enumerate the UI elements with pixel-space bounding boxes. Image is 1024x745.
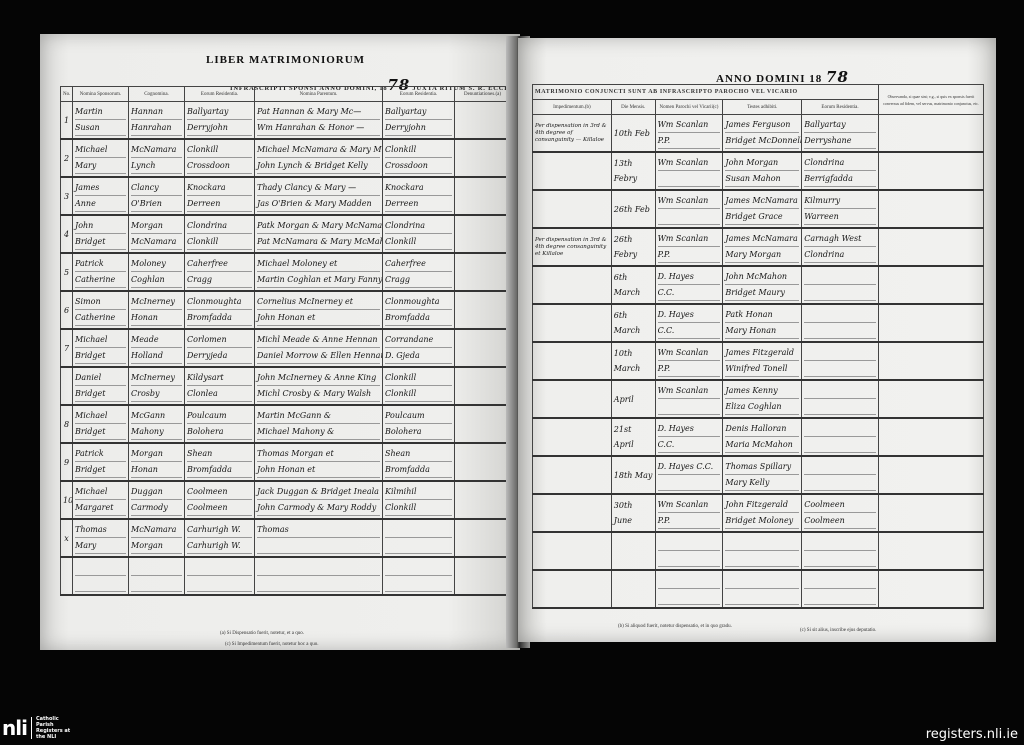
table-row: 7MichaelBridgetMeadeHollandCorlomenDerry… bbox=[61, 329, 511, 367]
cell-priest: Wm ScanlanP.P. bbox=[655, 342, 723, 380]
cell-residence bbox=[802, 304, 879, 342]
cell-surnames: DugganCarmody bbox=[129, 481, 185, 519]
cell-surnames: MorganHonan bbox=[129, 443, 185, 481]
table-row: 9PatrickBridgetMorganHonanSheanBromfadda… bbox=[61, 443, 511, 481]
cell-observanda bbox=[878, 304, 983, 342]
table-row: 1MartinSusanHannanHanrahanBallyartayDerr… bbox=[61, 102, 511, 140]
cell-residence: PoulcaumBolohera bbox=[185, 405, 255, 443]
cell-impedimentum bbox=[533, 456, 612, 494]
cell-priest: Wm ScanlanP.P. bbox=[655, 115, 723, 153]
column-header: Cognomina. bbox=[129, 87, 185, 102]
footnote-b: (b) Si aliquod fuerit, notetur dispensat… bbox=[618, 624, 732, 629]
cell-impedimentum bbox=[533, 380, 612, 418]
entry-number: 8 bbox=[61, 405, 73, 443]
cell-surnames: McInerneyCrosby bbox=[129, 367, 185, 405]
cell-residence bbox=[802, 532, 879, 570]
marriage-register-table-right: MATRIMONIO CONJUNCTI SUNT AB INFRASCRIPT… bbox=[532, 84, 984, 609]
cell-surnames: McNamaraMorgan bbox=[129, 519, 185, 557]
cell-residence: KildysartClonlea bbox=[185, 367, 255, 405]
column-header: Denuntiationes.(a) bbox=[455, 87, 511, 102]
footnote-a: (a) Si Dispensatio fuerit, notetur, et a… bbox=[220, 631, 304, 636]
cell-witnesses: James FergusonBridget McDonnell bbox=[723, 115, 802, 153]
cell-parents: Michael McNamara & Mary McGrathJohn Lync… bbox=[255, 139, 383, 177]
cell-surnames: McInerneyHonan bbox=[129, 291, 185, 329]
column-header: Die Mensis. bbox=[611, 100, 655, 115]
cell-denuntiationes bbox=[455, 177, 511, 215]
cell-denuntiationes bbox=[455, 102, 511, 140]
right-page: ANNO DOMINI 18 78 MATRIMONIO CONJUNCTI S… bbox=[518, 38, 996, 642]
register-book: LIBER MATRIMONIORUM INFRASCRIPTI SPONSI … bbox=[38, 30, 998, 655]
cell-names: ThomasMary bbox=[73, 519, 129, 557]
cell-date bbox=[611, 532, 655, 570]
table-row: 8MichaelBridgetMcGannMahonyPoulcaumBoloh… bbox=[61, 405, 511, 443]
cell-parents: Michl Meade & Anne HennanDaniel Morrow &… bbox=[255, 329, 383, 367]
cell-denuntiationes bbox=[455, 139, 511, 177]
cell-names: JamesAnne bbox=[73, 177, 129, 215]
cell-observanda bbox=[878, 456, 983, 494]
cell-impedimentum: Per dispensation in 3rd & 4th degree of … bbox=[533, 115, 612, 153]
cell-surnames: McNamaraLynch bbox=[129, 139, 185, 177]
table-row: 13th FebryWm ScanlanJohn MorganSusan Mah… bbox=[533, 152, 984, 190]
cell-priest: D. HayesC.C. bbox=[655, 304, 723, 342]
cell-parents: Thomas bbox=[255, 519, 383, 557]
entry-number: x bbox=[61, 519, 73, 557]
cell-witnesses: Denis HalloranMaria McMahon bbox=[723, 418, 802, 456]
cell-date: 6th March bbox=[611, 266, 655, 304]
entry-number bbox=[61, 557, 73, 595]
cell-priest bbox=[655, 570, 723, 608]
cell-impedimentum bbox=[533, 532, 612, 570]
cell-surnames: MorganMcNamara bbox=[129, 215, 185, 253]
cell-residence bbox=[802, 266, 879, 304]
cell-observanda bbox=[878, 380, 983, 418]
cell-date: 18th May bbox=[611, 456, 655, 494]
cell-names: PatrickBridget bbox=[73, 443, 129, 481]
cell-witnesses: James KennyEliza Coghlan bbox=[723, 380, 802, 418]
entry-number: 6 bbox=[61, 291, 73, 329]
table-row: 30th JuneWm ScanlanP.P.John FitzgeraldBr… bbox=[533, 494, 984, 532]
cell-priest: D. Hayes C.C. bbox=[655, 456, 723, 494]
table-row: DanielBridgetMcInerneyCrosbyKildysartClo… bbox=[61, 367, 511, 405]
cell-residence bbox=[802, 570, 879, 608]
cell-parents-residence: CaherfreeCragg bbox=[383, 253, 455, 291]
cell-parents: Cornelius McInerney etJohn Honan et bbox=[255, 291, 383, 329]
table-row: 2MichaelMaryMcNamaraLynchClonkillCrossdo… bbox=[61, 139, 511, 177]
table-row: Per dispensation in 3rd & 4th degree con… bbox=[533, 228, 984, 266]
cell-observanda bbox=[878, 418, 983, 456]
cell-priest: Wm Scanlan bbox=[655, 190, 723, 228]
entry-number: 5 bbox=[61, 253, 73, 291]
cell-witnesses: Thomas SpillaryMary Kelly bbox=[723, 456, 802, 494]
entry-number: 9 bbox=[61, 443, 73, 481]
cell-witnesses bbox=[723, 570, 802, 608]
cell-date: 6th March bbox=[611, 304, 655, 342]
cell-parents-residence: SheanBromfadda bbox=[383, 443, 455, 481]
cell-parents-residence: KilmihilClonkill bbox=[383, 481, 455, 519]
column-header: Nomina Parentum. bbox=[255, 87, 383, 102]
table-row bbox=[533, 532, 984, 570]
table-row: 6th MarchD. HayesC.C.John McMahonBridget… bbox=[533, 266, 984, 304]
cell-parents: Thady Clancy & Mary —Jas O'Brien & Mary … bbox=[255, 177, 383, 215]
cell-denuntiationes bbox=[455, 519, 511, 557]
cell-residence: CaherfreeCragg bbox=[185, 253, 255, 291]
cell-denuntiationes bbox=[455, 253, 511, 291]
right-subhead: MATRIMONIO CONJUNCTI SUNT AB INFRASCRIPT… bbox=[533, 85, 879, 100]
cell-parents-residence: ClonmoughtaBromfadda bbox=[383, 291, 455, 329]
cell-observanda bbox=[878, 115, 983, 153]
cell-parents-residence: CorrandaneD. Gjeda bbox=[383, 329, 455, 367]
cell-names: MichaelMary bbox=[73, 139, 129, 177]
cell-parents: Jack Duggan & Bridget InealaJohn Carmody… bbox=[255, 481, 383, 519]
entry-number: 1 bbox=[61, 102, 73, 140]
cell-denuntiationes bbox=[455, 329, 511, 367]
cell-observanda bbox=[878, 266, 983, 304]
cell-parents: Michael Moloney etMartin Coghlan et Mary… bbox=[255, 253, 383, 291]
column-header: Eorum Residentia. bbox=[383, 87, 455, 102]
column-header: Nomina Sponsorum. bbox=[73, 87, 129, 102]
cell-parents: Patk Morgan & Mary McNamaraPat McNamara … bbox=[255, 215, 383, 253]
marriage-register-table-left: No.Nomina Sponsorum.Cognomina.Eorum Resi… bbox=[60, 86, 511, 596]
cell-residence: BallyartayDerryjohn bbox=[185, 102, 255, 140]
cell-impedimentum bbox=[533, 190, 612, 228]
cell-names bbox=[73, 557, 129, 595]
cell-names: SimonCatherine bbox=[73, 291, 129, 329]
cell-priest: Wm Scanlan bbox=[655, 152, 723, 190]
column-header: Impedimentum.(b) bbox=[533, 100, 612, 115]
cell-parents: Martin McGann &Michael Mahony & bbox=[255, 405, 383, 443]
cell-impedimentum bbox=[533, 570, 612, 608]
cell-denuntiationes bbox=[455, 367, 511, 405]
table-row: 10MichaelMargaretDugganCarmodyCoolmeenCo… bbox=[61, 481, 511, 519]
table-row: Per dispensation in 3rd & 4th degree of … bbox=[533, 115, 984, 153]
cell-residence: CoolmeenCoolmeen bbox=[802, 494, 879, 532]
cell-date: 26th Feb bbox=[611, 190, 655, 228]
column-header: No. bbox=[61, 87, 73, 102]
cell-witnesses: James FitzgeraldWinifred Tonell bbox=[723, 342, 802, 380]
cell-witnesses bbox=[723, 532, 802, 570]
image-viewer: LIBER MATRIMONIORUM INFRASCRIPTI SPONSI … bbox=[0, 0, 1024, 745]
footnote-c: (c) Si sit alius, inscribe ejus deputati… bbox=[800, 628, 876, 633]
cell-witnesses: Patk HonanMary Honan bbox=[723, 304, 802, 342]
cell-priest: D. HayesC.C. bbox=[655, 266, 723, 304]
cell-names: JohnBridget bbox=[73, 215, 129, 253]
cell-names: DanielBridget bbox=[73, 367, 129, 405]
cell-residence bbox=[802, 418, 879, 456]
cell-impedimentum bbox=[533, 494, 612, 532]
cell-residence bbox=[802, 342, 879, 380]
cell-residence: KilmurryWarreen bbox=[802, 190, 879, 228]
site-url[interactable]: registers.nli.ie bbox=[926, 727, 1018, 742]
cell-residence: Carnagh WestClondrina bbox=[802, 228, 879, 266]
cell-date: 13th Febry bbox=[611, 152, 655, 190]
table-row: 10th MarchWm ScanlanP.P.James Fitzgerald… bbox=[533, 342, 984, 380]
cell-names: MichaelBridget bbox=[73, 405, 129, 443]
col-observanda: Observanda, si quae sint; v.g., si quis … bbox=[878, 85, 983, 115]
cell-witnesses: John FitzgeraldBridget Moloney bbox=[723, 494, 802, 532]
cell-impedimentum: Per dispensation in 3rd & 4th degree con… bbox=[533, 228, 612, 266]
cell-witnesses: John McMahonBridget Maury bbox=[723, 266, 802, 304]
cell-surnames: HannanHanrahan bbox=[129, 102, 185, 140]
cell-observanda bbox=[878, 494, 983, 532]
cell-date: 10th March bbox=[611, 342, 655, 380]
cell-parents: Pat Hannan & Mary Mc—Wm Hanrahan & Honor… bbox=[255, 102, 383, 140]
entry-number: 7 bbox=[61, 329, 73, 367]
entry-number: 4 bbox=[61, 215, 73, 253]
cell-names: PatrickCatherine bbox=[73, 253, 129, 291]
cell-impedimentum bbox=[533, 304, 612, 342]
cell-witnesses: John MorganSusan Mahon bbox=[723, 152, 802, 190]
table-row: xThomasMaryMcNamaraMorganCarhurigh W.Car… bbox=[61, 519, 511, 557]
cell-impedimentum bbox=[533, 418, 612, 456]
cell-impedimentum bbox=[533, 266, 612, 304]
cell-priest bbox=[655, 532, 723, 570]
left-page: LIBER MATRIMONIORUM INFRASCRIPTI SPONSI … bbox=[40, 34, 520, 650]
cell-witnesses: James McNamaraBridget Grace bbox=[723, 190, 802, 228]
cell-observanda bbox=[878, 228, 983, 266]
cell-parents: John McInerney & Anne KingMichl Crosby &… bbox=[255, 367, 383, 405]
cell-parents-residence: KnockaraDerreen bbox=[383, 177, 455, 215]
entry-number: 3 bbox=[61, 177, 73, 215]
cell-surnames: McGannMahony bbox=[129, 405, 185, 443]
cell-residence bbox=[185, 557, 255, 595]
cell-residence: ClondrinaBerrigfadda bbox=[802, 152, 879, 190]
table-row: 21st AprilD. HayesC.C.Denis HalloranMari… bbox=[533, 418, 984, 456]
table-row: 6SimonCatherineMcInerneyHonanClonmoughta… bbox=[61, 291, 511, 329]
cell-observanda bbox=[878, 570, 983, 608]
cell-date: 10th Feb bbox=[611, 115, 655, 153]
cell-date bbox=[611, 570, 655, 608]
cell-parents-residence: ClonkillCrossdoon bbox=[383, 139, 455, 177]
table-row: 5PatrickCatherineMoloneyCoghlanCaherfree… bbox=[61, 253, 511, 291]
cell-names: MichaelMargaret bbox=[73, 481, 129, 519]
cell-residence bbox=[802, 456, 879, 494]
cell-names: MichaelBridget bbox=[73, 329, 129, 367]
cell-observanda bbox=[878, 152, 983, 190]
cell-observanda bbox=[878, 342, 983, 380]
cell-residence: SheanBromfadda bbox=[185, 443, 255, 481]
cell-priest: Wm ScanlanP.P. bbox=[655, 228, 723, 266]
column-header: Eorum Residentia. bbox=[185, 87, 255, 102]
column-header: Nomen Parochi vel Vicarii(c) bbox=[655, 100, 723, 115]
table-row bbox=[61, 557, 511, 595]
cell-residence: CoolmeenCoolmeen bbox=[185, 481, 255, 519]
column-header: Testes adhibiti. bbox=[723, 100, 802, 115]
cell-witnesses: James McNamaraMary Morgan bbox=[723, 228, 802, 266]
cell-denuntiationes bbox=[455, 215, 511, 253]
cell-observanda bbox=[878, 532, 983, 570]
cell-parents: Thomas Morgan etJohn Honan et bbox=[255, 443, 383, 481]
entry-number bbox=[61, 367, 73, 405]
table-row: AprilWm ScanlanJames KennyEliza Coghlan bbox=[533, 380, 984, 418]
table-row bbox=[533, 570, 984, 608]
table-row: 26th FebWm ScanlanJames McNamaraBridget … bbox=[533, 190, 984, 228]
table-row: 4JohnBridgetMorganMcNamaraClondrinaClonk… bbox=[61, 215, 511, 253]
cell-parents-residence: ClondrinaClonkill bbox=[383, 215, 455, 253]
table-row: 6th MarchD. HayesC.C.Patk HonanMary Hona… bbox=[533, 304, 984, 342]
cell-residence bbox=[802, 380, 879, 418]
cell-parents-residence: BallyartayDerryjohn bbox=[383, 102, 455, 140]
cell-denuntiationes bbox=[455, 557, 511, 595]
entry-number: 10 bbox=[61, 481, 73, 519]
cell-residence: KnockaraDerreen bbox=[185, 177, 255, 215]
cell-denuntiationes bbox=[455, 291, 511, 329]
entry-number: 2 bbox=[61, 139, 73, 177]
table-row: 18th MayD. Hayes C.C.Thomas SpillaryMary… bbox=[533, 456, 984, 494]
cell-surnames: MeadeHolland bbox=[129, 329, 185, 367]
cell-parents-residence: ClonkillClonkill bbox=[383, 367, 455, 405]
cell-surnames: ClancyO'Brien bbox=[129, 177, 185, 215]
cell-date: 30th June bbox=[611, 494, 655, 532]
cell-priest: D. HayesC.C. bbox=[655, 418, 723, 456]
cell-date: April bbox=[611, 380, 655, 418]
cell-parents-residence bbox=[383, 557, 455, 595]
cell-names: MartinSusan bbox=[73, 102, 129, 140]
cell-denuntiationes bbox=[455, 405, 511, 443]
cell-impedimentum bbox=[533, 342, 612, 380]
footnote-c-left: (c) Si Impedimentum fuerit, notetur hoc … bbox=[225, 642, 318, 647]
cell-residence: ClonmoughtaBromfadda bbox=[185, 291, 255, 329]
cell-observanda bbox=[878, 190, 983, 228]
cell-priest: Wm Scanlan bbox=[655, 380, 723, 418]
table-row: 3JamesAnneClancyO'BrienKnockaraDerreenTh… bbox=[61, 177, 511, 215]
cell-impedimentum bbox=[533, 152, 612, 190]
cell-residence: BallyartayDerryshane bbox=[802, 115, 879, 153]
cell-parents bbox=[255, 557, 383, 595]
cell-parents-residence: PoulcaumBolohera bbox=[383, 405, 455, 443]
nli-logo: nli Catholic Parish Registers at the NLI bbox=[2, 716, 76, 740]
nli-logo-text: Catholic Parish Registers at the NLI bbox=[36, 716, 76, 740]
cell-denuntiationes bbox=[455, 481, 511, 519]
cell-residence: CorlomenDerryjeda bbox=[185, 329, 255, 367]
cell-residence: ClonkillCrossdoon bbox=[185, 139, 255, 177]
cell-residence: Carhurigh W.Carhurigh W. bbox=[185, 519, 255, 557]
cell-priest: Wm ScanlanP.P. bbox=[655, 494, 723, 532]
cell-residence: ClondrinaClonkill bbox=[185, 215, 255, 253]
cell-surnames bbox=[129, 557, 185, 595]
cell-denuntiationes bbox=[455, 443, 511, 481]
cell-date: 21st April bbox=[611, 418, 655, 456]
nli-logo-mark: nli bbox=[2, 718, 27, 738]
column-header: Eorum Residentia. bbox=[802, 100, 879, 115]
cell-parents-residence bbox=[383, 519, 455, 557]
page-title: LIBER MATRIMONIORUM bbox=[206, 54, 365, 66]
cell-surnames: MoloneyCoghlan bbox=[129, 253, 185, 291]
cell-date: 26th Febry bbox=[611, 228, 655, 266]
